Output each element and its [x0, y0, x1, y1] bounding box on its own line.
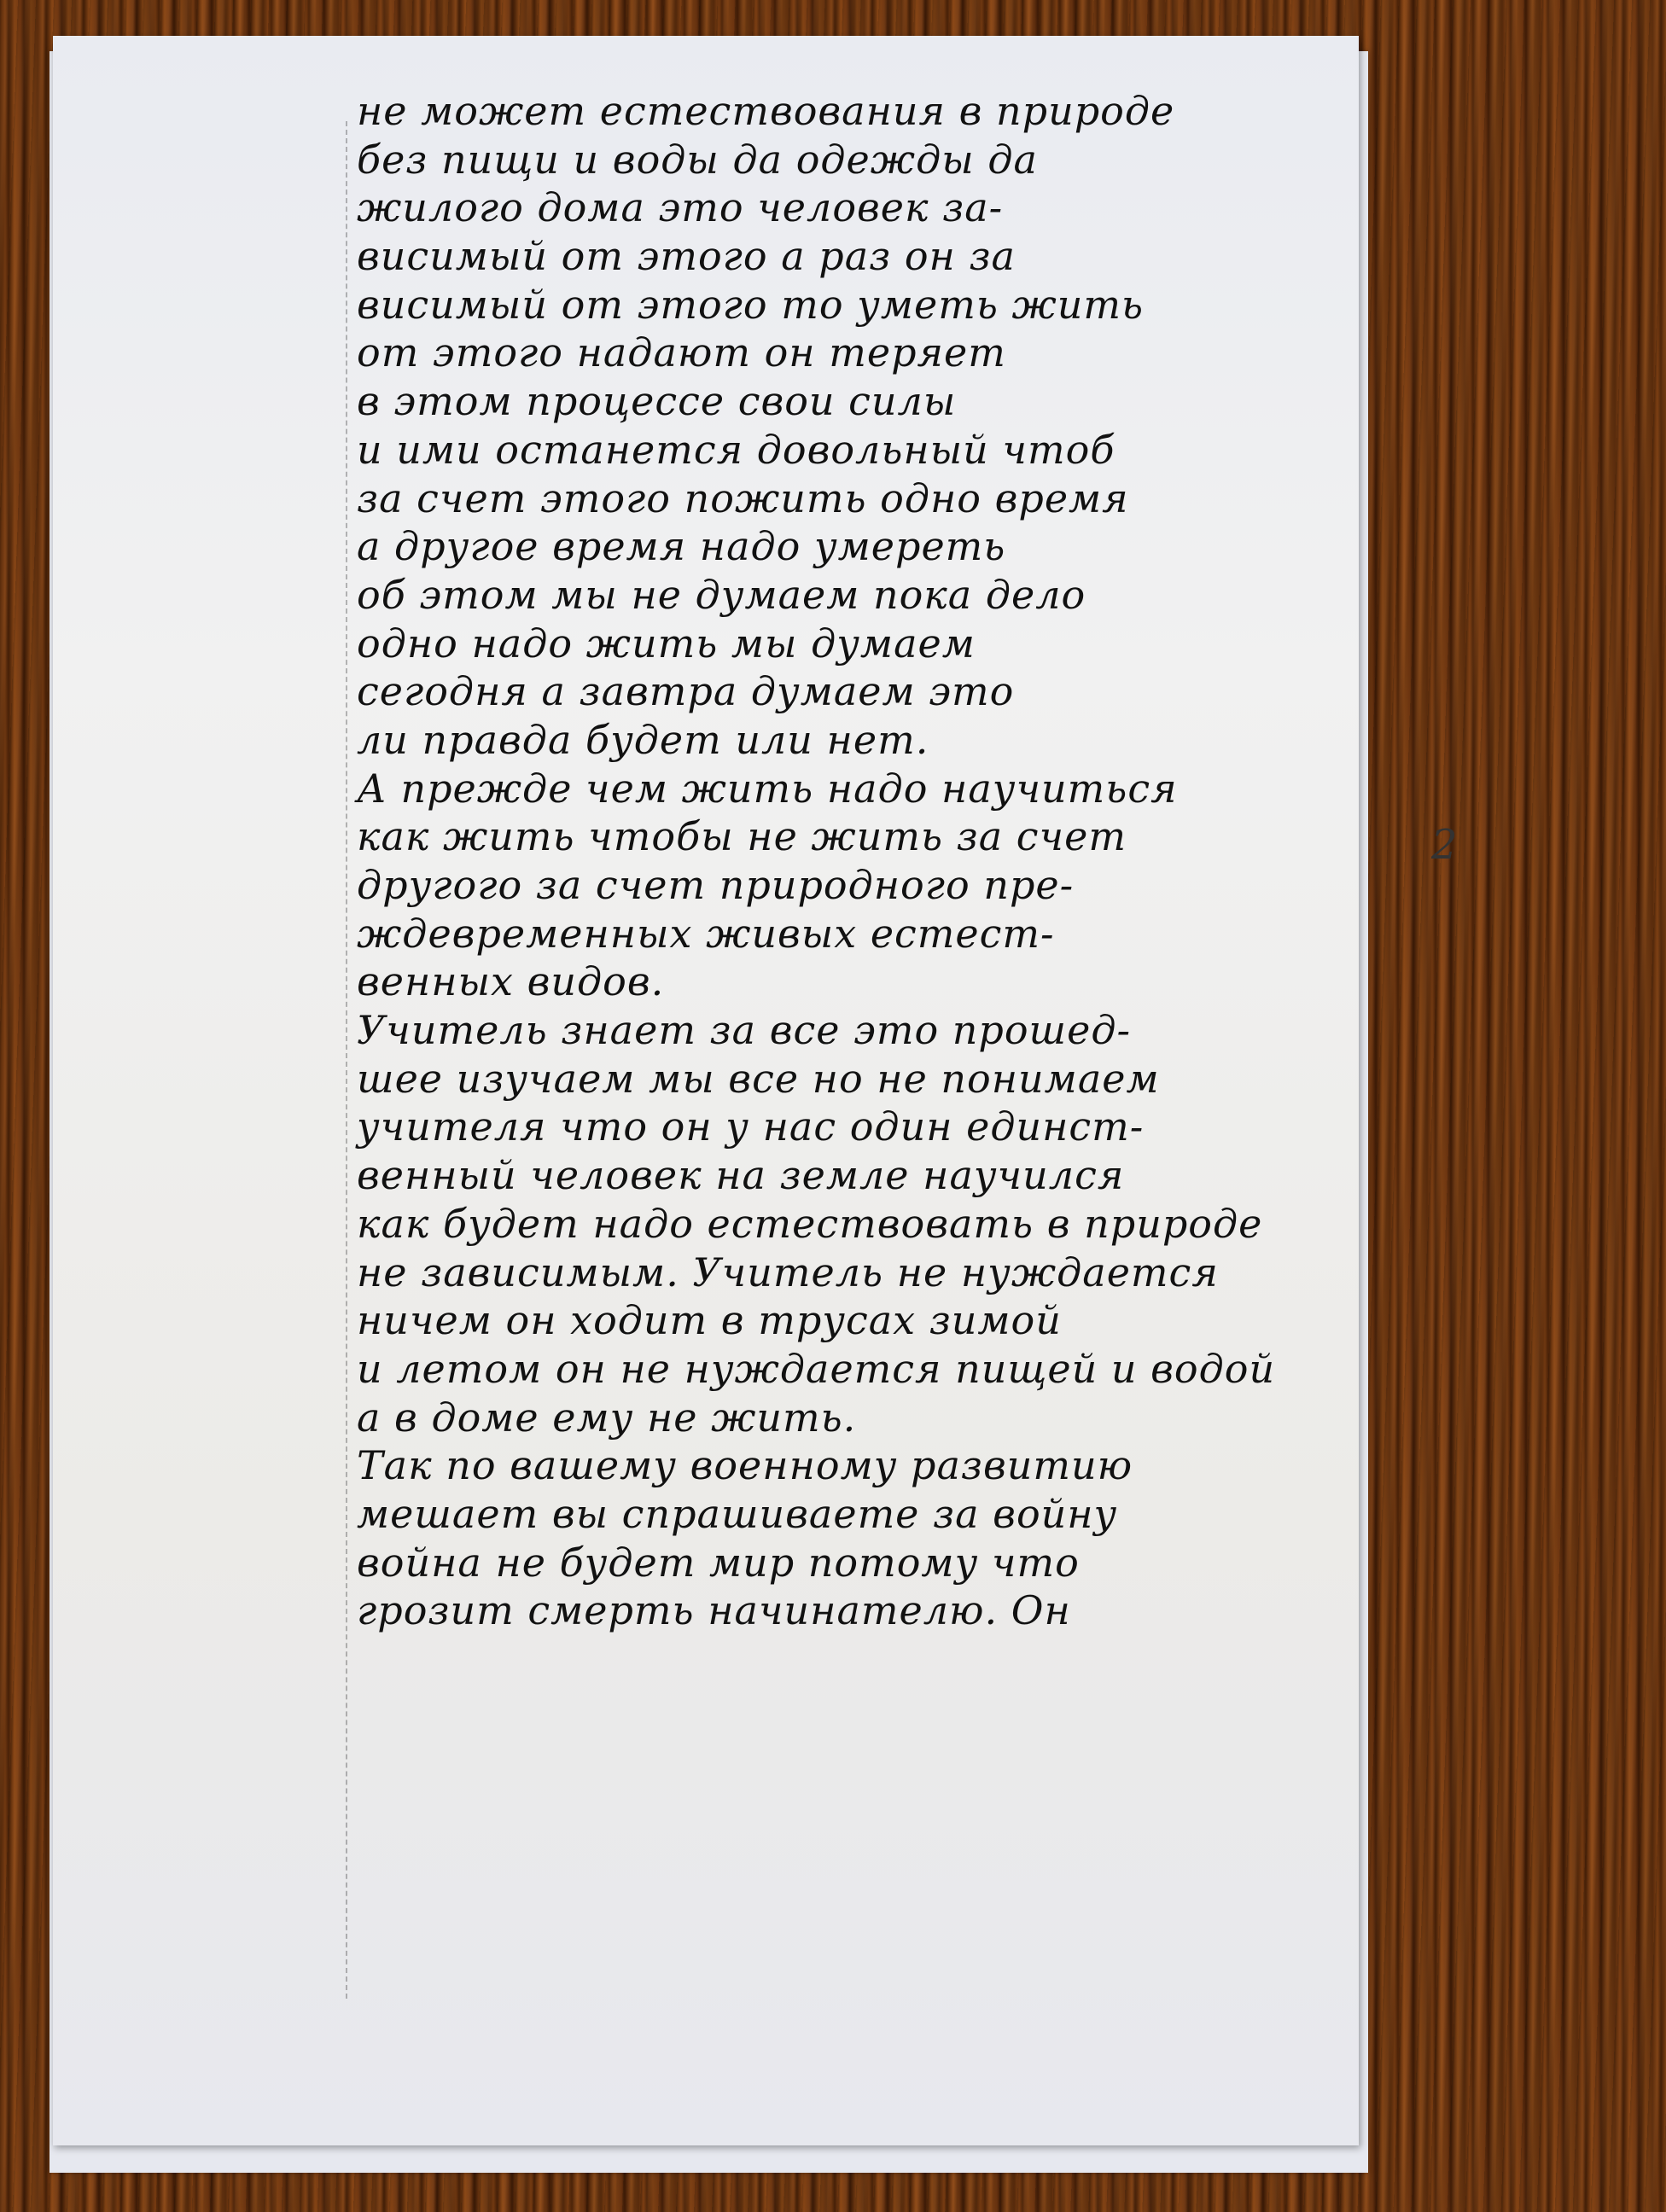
text-line: учителя что он у нас один единст- — [357, 1103, 1304, 1151]
text-line: жилого дома это человек за- — [357, 183, 1304, 232]
text-line: а в доме ему не жить. — [357, 1394, 1304, 1442]
text-line: Так по вашему военному развитию — [357, 1441, 1304, 1490]
text-line: одно надо жить мы думаем — [357, 620, 1304, 668]
text-line: не зависимым. Учитель не нуждается — [357, 1249, 1304, 1297]
text-line: Учитель знает за все это прошед- — [357, 1006, 1304, 1055]
text-line: висимый от этого то уметь жить — [357, 281, 1304, 329]
text-line: висимый от этого а раз он за — [357, 232, 1304, 281]
text-line: венных видов. — [357, 958, 1304, 1006]
text-line: война не будет мир потому что — [357, 1539, 1304, 1587]
text-line: ждевременных живых естест- — [357, 910, 1304, 958]
text-line: венный человек на земле научился — [357, 1151, 1304, 1200]
text-line: как будет надо естествовать в природе — [357, 1200, 1304, 1249]
text-line: ничем он ходит в трусах зимой — [357, 1296, 1304, 1345]
text-line: не может естествования в природе — [357, 87, 1304, 136]
text-line: ли правда будет или нет. — [357, 716, 1304, 765]
text-line: за счет этого пожить одно время — [357, 474, 1304, 523]
text-line: без пищи и воды да одежды да — [357, 136, 1304, 184]
text-line: мешает вы спрашиваете за войну — [357, 1490, 1304, 1539]
text-line: об этом мы не думаем пока дело — [357, 571, 1304, 620]
text-line: как жить чтобы не жить за счет — [357, 812, 1304, 861]
text-line: от этого надают он теряет — [357, 329, 1304, 377]
text-line: шее изучаем мы все но не понимаем — [357, 1055, 1304, 1103]
handwritten-text: не может естествования в природе без пищ… — [357, 87, 1304, 1635]
text-line: в этом процессе свои силы — [357, 377, 1304, 426]
text-line: сегодня а завтра думаем это — [357, 667, 1304, 716]
text-line: а другое время надо умереть — [357, 522, 1304, 571]
text-line: другого за счет природного пре- — [357, 861, 1304, 910]
text-line: грозит смерть начинателю. Он — [357, 1586, 1304, 1635]
text-line: и ими останется довольный чтоб — [357, 426, 1304, 474]
margin-line — [346, 121, 347, 1999]
page-number: 2 — [1431, 821, 1458, 869]
text-line: и летом он не нуждается пищей и водой — [357, 1345, 1304, 1394]
text-line: А прежде чем жить надо научиться — [357, 765, 1304, 813]
handwritten-page: не может естествования в природе без пищ… — [53, 36, 1359, 2145]
